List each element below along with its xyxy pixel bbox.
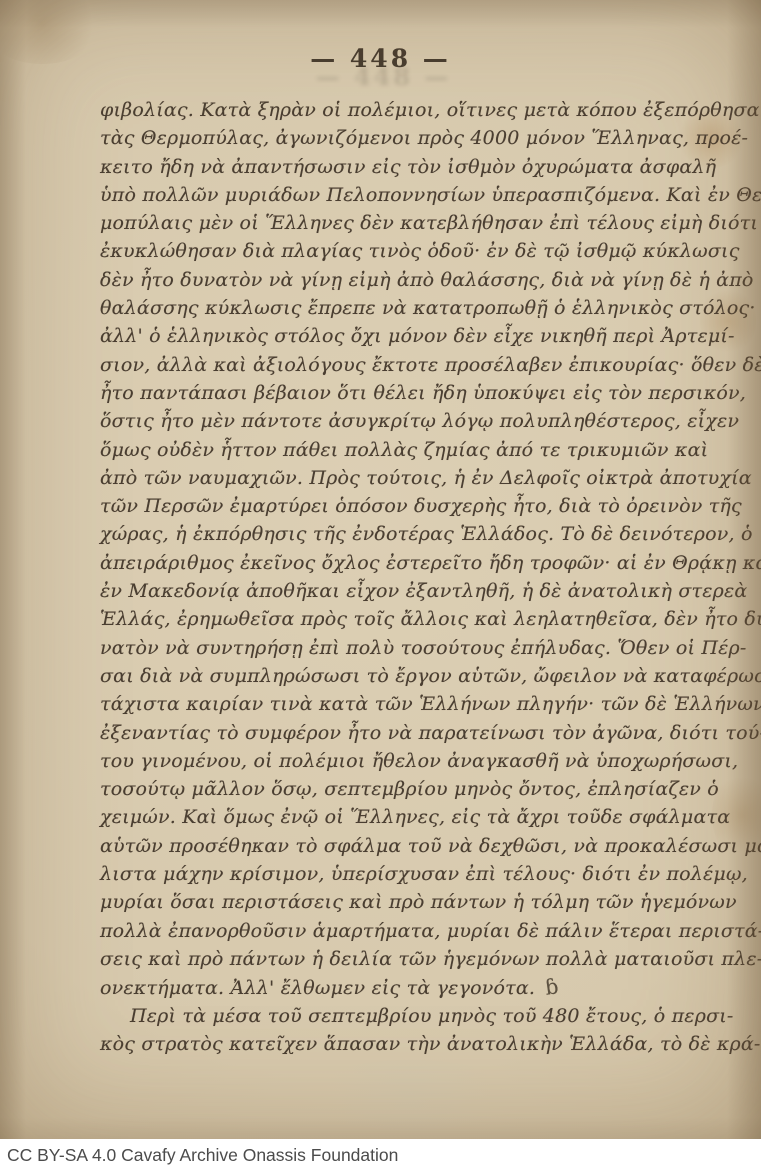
text-line: ἀπειράριθμος ἐκεῖνος ὄχλος ἐστερεῖτο ἤδη… bbox=[100, 549, 666, 577]
text-line-content: ονεκτήματα. Ἀλλ' ἔλθωμεν εἰς τὰ γεγονότα… bbox=[100, 977, 535, 999]
text-line: ὅστις ἦτο μὲν πάντοτε ἀσυγκρίτῳ λόγῳ πολ… bbox=[100, 407, 666, 435]
text-line: αὑτῶν προσέθηκαν τὸ σφάλμα τοῦ νὰ δεχθῶσ… bbox=[100, 832, 666, 860]
text-line: ἀπὸ τῶν ναυμαχιῶν. Πρὸς τούτοις, ἡ ἐν Δε… bbox=[100, 464, 666, 492]
text-line: τὰς Θερμοπύλας, ἀγωνιζόμενοι πρὸς 4000 μ… bbox=[100, 124, 666, 152]
text-line: τάχιστα καιρίαν τινὰ κατὰ τῶν Ἑλλήνων πλ… bbox=[100, 690, 666, 718]
text-line: δὲν ἦτο δυνατὸν νὰ γίνῃ εἰμὴ ἀπὸ θαλάσση… bbox=[100, 266, 666, 294]
text-line: του γινομένου, οἱ πολέμιοι ἤθελον ἀναγκα… bbox=[100, 747, 666, 775]
text-block: φιβολίας. Κατὰ ξηρὰν οἱ πολέμιοι, οἵτινε… bbox=[100, 96, 666, 1058]
text-line: νατὸν νὰ συντηρήσῃ ἐπὶ πολὺ τοσούτους ἐπ… bbox=[100, 634, 666, 662]
text-line: τοσούτῳ μᾶλλον ὅσῳ, σεπτεμβρίου μηνὸς ὄν… bbox=[100, 775, 666, 803]
text-line: λιστα μάχην κρίσιμον, ὑπερίσχυσαν ἐπὶ τέ… bbox=[100, 860, 666, 888]
license-text: CC BY-SA 4.0 Cavafy Archive Onassis Foun… bbox=[7, 1139, 398, 1171]
text-line-paragraph-start: Περὶ τὰ μέσα τοῦ σεπτεμβρίου μηνὸς τοῦ 4… bbox=[100, 1002, 666, 1030]
text-line: σιον, ἀλλὰ καὶ ἀξιολόγους ἔκτοτε προσέλα… bbox=[100, 351, 666, 379]
text-line: χειμών. Καὶ ὅμως ἐνῷ οἱ Ἕλληνες, εἰς τὰ … bbox=[100, 803, 666, 831]
text-line: ὑπὸ πολλῶν μυριάδων Πελοποννησίων ὑπερασ… bbox=[100, 181, 666, 209]
text-line: κειτο ἤδη νὰ ἀπαντήσωσιν εἰς τὸν ἰσθμὸν … bbox=[100, 153, 666, 181]
text-line: τῶν Περσῶν ἐμαρτύρει ὁπόσον δυσχερὴς ἦτο… bbox=[100, 492, 666, 520]
paper-stain bbox=[300, 1060, 520, 1130]
text-line: χώρας, ἡ ἐκπόρθησις τῆς ἐνδοτέρας Ἑλλάδο… bbox=[100, 520, 666, 548]
text-line: ἐκυκλώθησαν διὰ πλαγίας τινὸς ὁδοῦ· ἐν δ… bbox=[100, 237, 666, 265]
text-line: κὸς στρατὸς κατεῖχεν ἅπασαν τὴν ἀνατολικ… bbox=[100, 1030, 666, 1058]
ink-mark: ɓ bbox=[543, 972, 560, 1002]
text-line: φιβολίας. Κατὰ ξηρὰν οἱ πολέμιοι, οἵτινε… bbox=[100, 96, 666, 124]
text-line: μυρίαι ὅσαι περιστάσεις καὶ πρὸ πάντων ἡ… bbox=[100, 888, 666, 916]
text-line: ὅμως οὐδὲν ἧττον πάθει πολλὰς ζημίας ἀπό… bbox=[100, 436, 666, 464]
text-line: Ἑλλάς, ἐρημωθεῖσα πρὸς τοῖς ἄλλοις καὶ λ… bbox=[100, 605, 666, 633]
page-number: — 448 — bbox=[0, 44, 761, 73]
text-line: ἀλλ' ὁ ἑλληνικὸς στόλος ὄχι μόνον δὲν εἶ… bbox=[100, 322, 666, 350]
attribution-bar: CC BY-SA 4.0 Cavafy Archive Onassis Foun… bbox=[0, 1139, 761, 1172]
text-line: ἐν Μακεδονίᾳ ἀποθῆκαι εἶχον ἐξαντληθῆ, ἡ… bbox=[100, 577, 666, 605]
text-line: μοπύλαις μὲν οἱ Ἕλληνες δὲν κατεβλήθησαν… bbox=[100, 209, 666, 237]
text-line: πολλὰ ἐπανορθοῦσιν ἁμαρτήματα, μυρίαι δὲ… bbox=[100, 917, 666, 945]
book-page-scan: — 448 — — 448 — φιβολίας. Κατὰ ξηρὰν οἱ … bbox=[0, 0, 761, 1139]
text-line: ἦτο παντάπασι βέβαιον ὅτι θέλει ἤδη ὑποκ… bbox=[100, 379, 666, 407]
text-line: θαλάσσης κύκλωσις ἔπρεπε νὰ κατατροπωθῇ … bbox=[100, 294, 666, 322]
text-line-paragraph-end: ονεκτήματα. Ἀλλ' ἔλθωμεν εἰς τὰ γεγονότα… bbox=[100, 973, 666, 1001]
text-line: σαι διὰ νὰ συμπληρώσωσι τὸ ἔργον αὑτῶν, … bbox=[100, 662, 666, 690]
text-line: ἐξεναντίας τὸ συμφέρον ἦτο νὰ παρατείνωσ… bbox=[100, 719, 666, 747]
text-line: σεις καὶ πρὸ πάντων ἡ δειλία τῶν ἡγεμόνω… bbox=[100, 945, 666, 973]
